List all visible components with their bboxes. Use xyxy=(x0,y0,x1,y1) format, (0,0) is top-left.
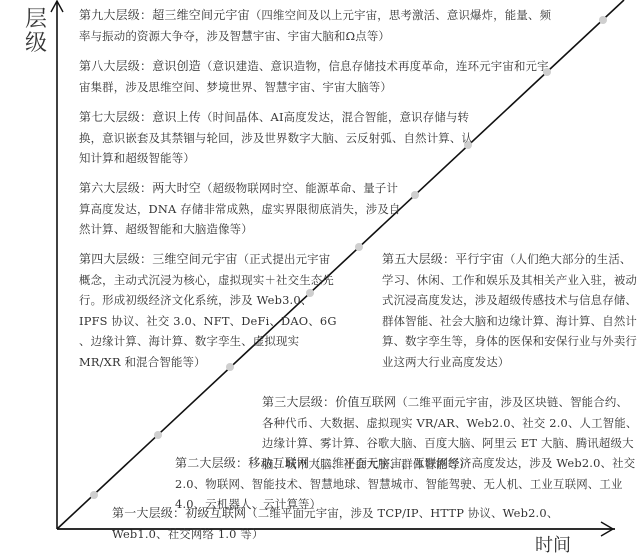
level-3-title: 第三大层级：价值互联网 xyxy=(262,395,396,409)
level-6-title: 第六大层级：两大时空 xyxy=(79,181,201,195)
level-1-marker xyxy=(90,491,98,499)
level-4-desc: （正式提出元宇宙概念，主动式沉浸为核心，虚拟现实＋社交生态先行。形成初级经济文化… xyxy=(79,252,337,369)
level-5-block: 第五大层级：平行宇宙（人们绝大部分的生活、学习、休闲、工作和娱乐及其相关产业入驻… xyxy=(382,249,640,372)
level-4-title: 第四大层级：三维空间元宇宙 xyxy=(79,252,238,266)
level-6-marker xyxy=(411,191,419,199)
level-1-block: 第一大层级：初级互联网（二维平面元宇宙，涉及 TCP/IP、HTTP 协议、We… xyxy=(112,503,612,544)
level-9-block: 第九大层级：超三维空间元宇宙（四维空间及以上元宇宙，思考激活、意识爆炸，能量、频… xyxy=(79,5,559,46)
level-6-block: 第六大层级：两大时空（超级物联网时空、能源革命、量子计算高度发达，DNA 存储非… xyxy=(79,178,409,240)
level-4-block: 第四大层级：三维空间元宇宙（正式提出元宇宙概念，主动式沉浸为核心，虚拟现实＋社交… xyxy=(79,249,341,372)
level-5-desc: （人们绝大部分的生活、学习、休闲、工作和娱乐及其相关产业入驻，被动式沉浸高度发达… xyxy=(382,252,637,369)
level-8-title: 第八大层级：意识创造 xyxy=(79,59,201,73)
level-1-title: 第一大层级：初级互联网 xyxy=(112,506,246,520)
level-9-title: 第九大层级：超三维空间元宇宙 xyxy=(79,8,250,22)
level-7-title: 第七大层级：意识上传 xyxy=(79,110,201,124)
level-2-marker xyxy=(154,431,162,439)
level-7-block: 第七大层级：意识上传（时间晶体、AI高度发达，混合智能，意识存储与转换，意识嵌套… xyxy=(79,107,479,169)
y-axis-label: 层级 xyxy=(25,8,49,56)
level-8-block: 第八大层级：意识创造（意识建造、意识造物，信息存储技术再度革命，连环元宇宙和元宇… xyxy=(79,56,559,97)
level-9-marker xyxy=(599,16,607,24)
level-5-marker xyxy=(355,243,363,251)
level-5-title: 第五大层级：平行宇宙 xyxy=(382,252,504,266)
level-2-title: 第二大层级：移动互联网 xyxy=(175,456,309,470)
